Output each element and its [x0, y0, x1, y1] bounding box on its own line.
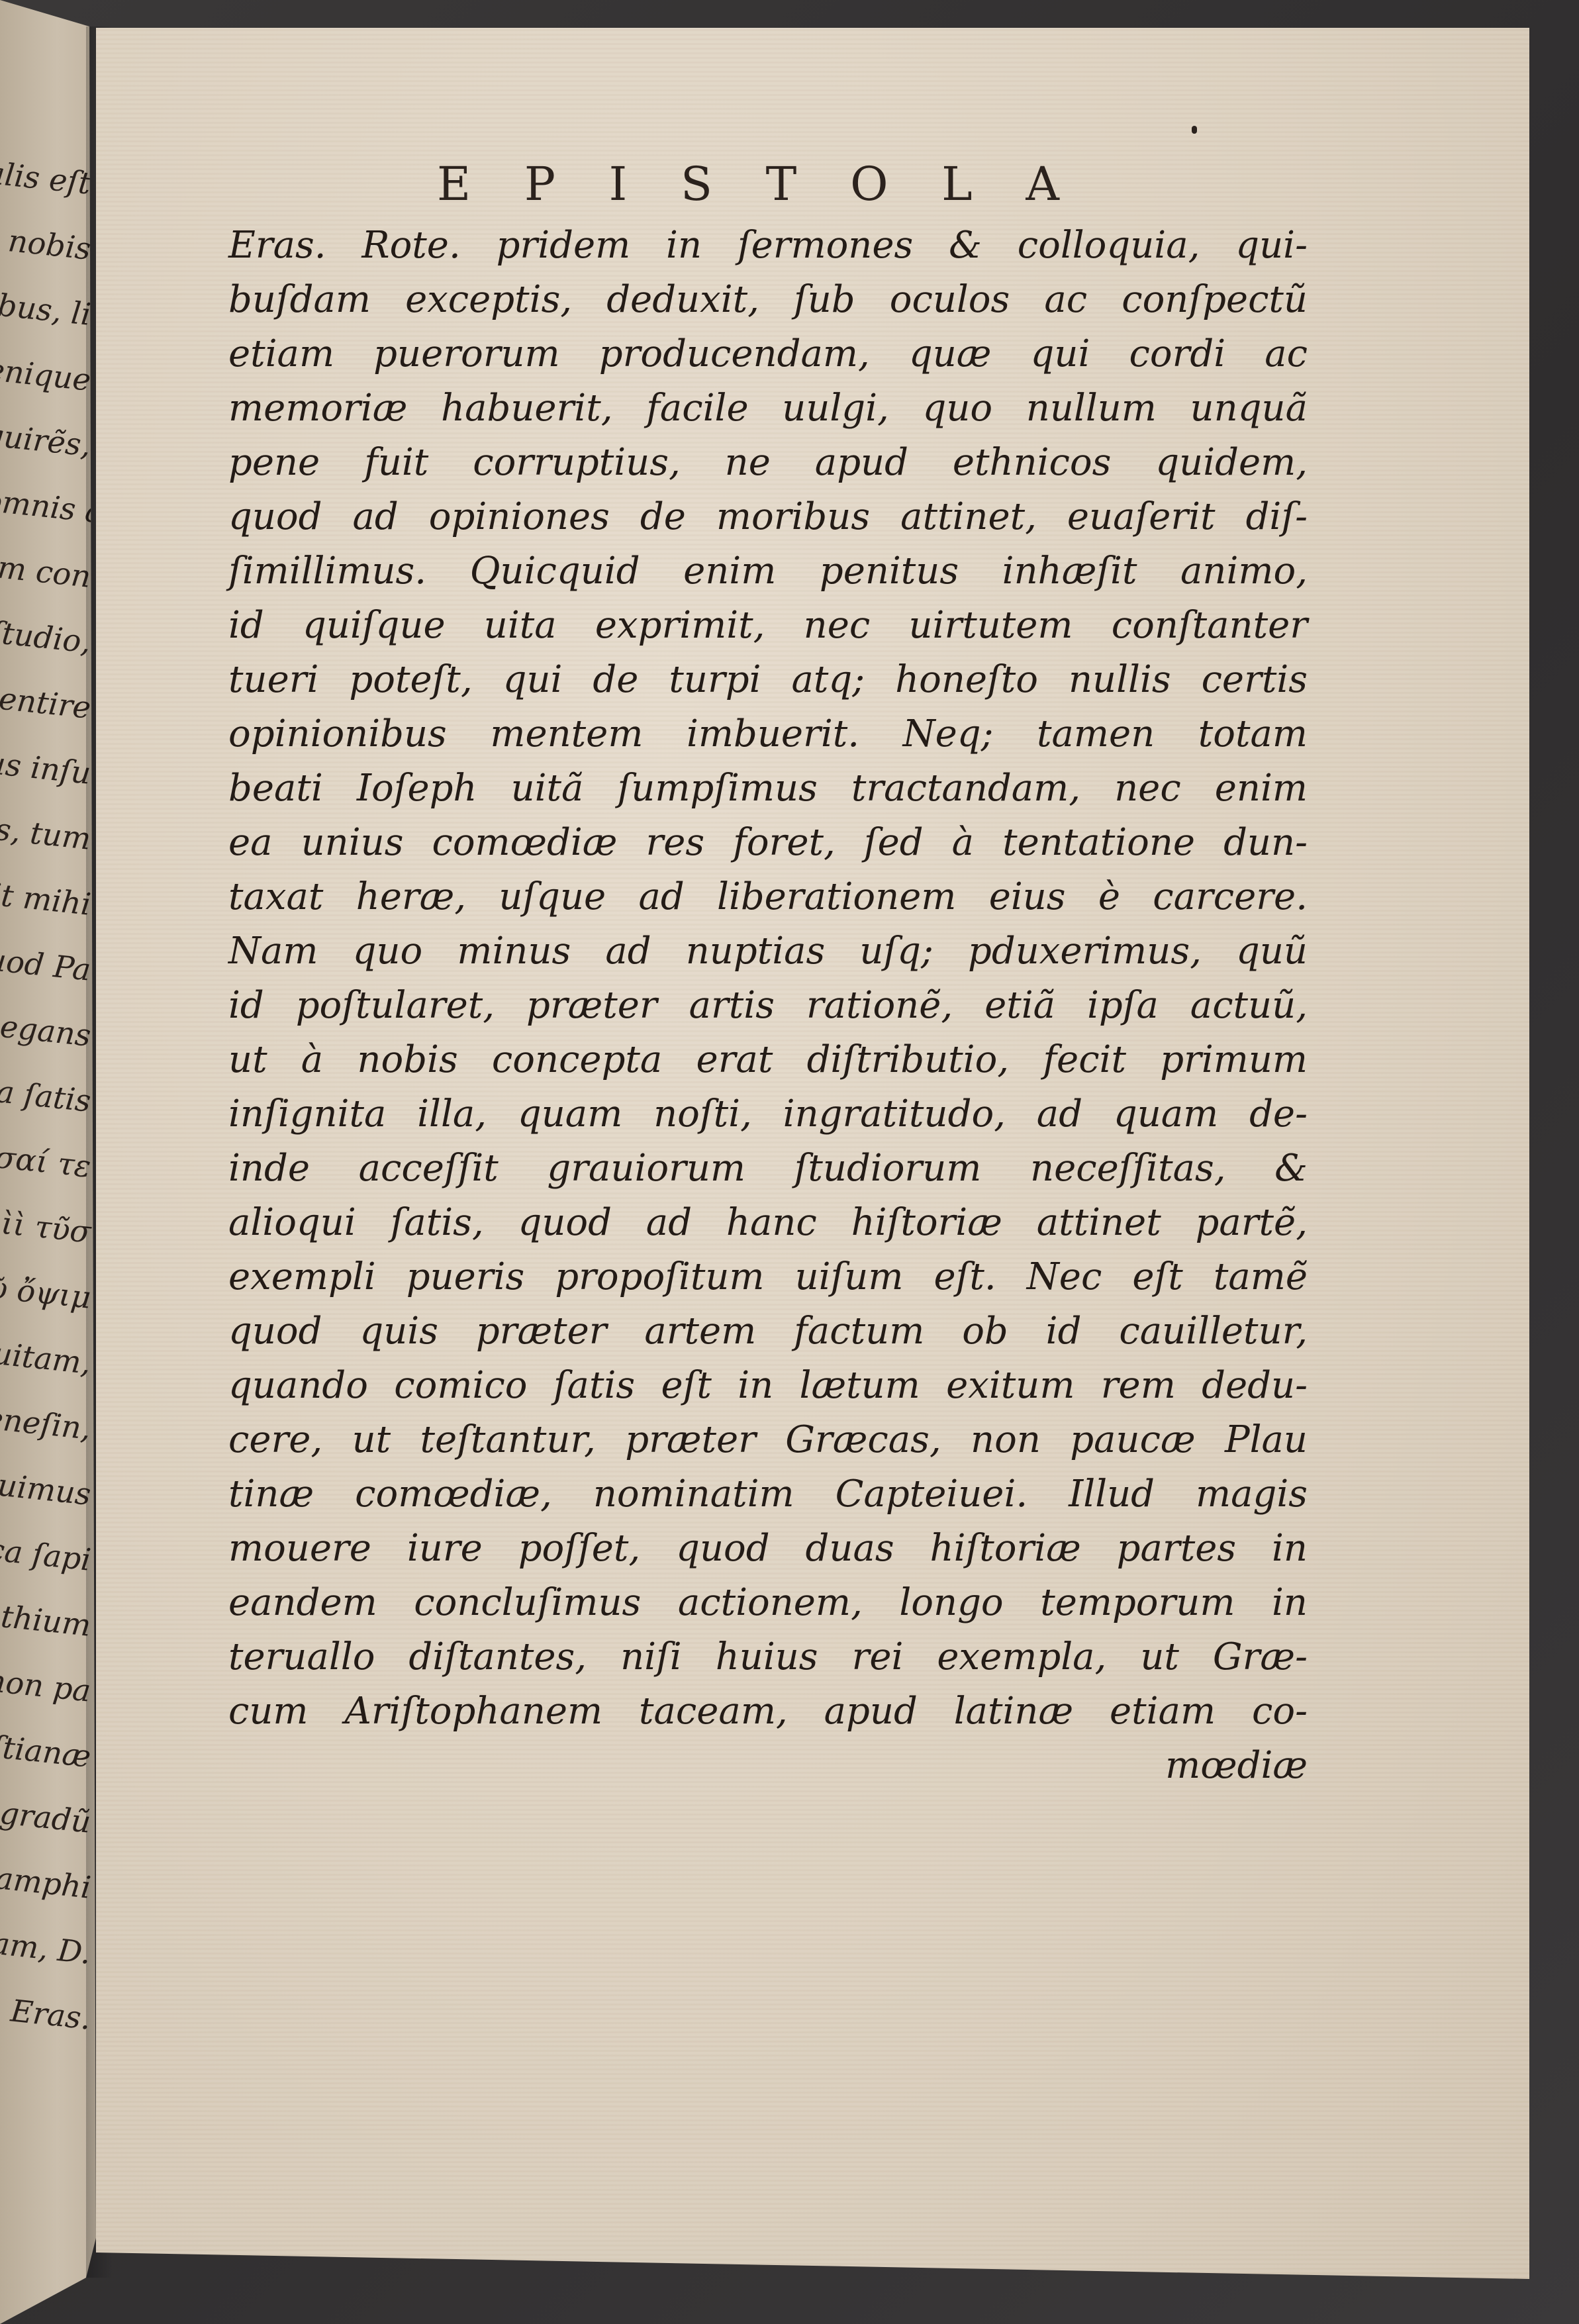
left-page-fragment: ynthium: [0, 1592, 93, 1643]
left-page-fragment: uitam,: [0, 1330, 93, 1381]
text-line: inſignita illa, quam noſti, ingratitudo,…: [228, 1087, 1308, 1141]
text-line: beati Ioſeph uitã ſumpſimus tractandam, …: [228, 761, 1308, 816]
text-line: ea unius comœdiæ res foret, ſed à tentat…: [228, 816, 1308, 870]
left-page-fragment: quod Pa: [0, 937, 93, 988]
left-page-fragment: amphi: [0, 1855, 93, 1906]
text-line: quando comico ſatis eſt in lætum exitum …: [228, 1359, 1308, 1413]
text-line: id quiſque uita exprimit, nec uirtutem c…: [228, 599, 1308, 653]
text-line: memoriæ habuerit, facile uulgi, quo null…: [228, 381, 1308, 436]
right-page: EPISTOLA Eras. Rote. pridem in ſermones …: [96, 28, 1529, 2279]
left-page-fragment: nentire: [0, 675, 93, 726]
left-page-fragment: riſtianæ: [0, 1723, 93, 1774]
text-line: mouere iure poſſet, quod duas hiſtoriæ p…: [228, 1522, 1308, 1576]
left-page-fragment: negans: [0, 1002, 93, 1053]
left-page-fragment: us inſu: [0, 740, 93, 791]
left-page-fragment: i gradũ: [0, 1789, 93, 1840]
running-head-letter: T: [766, 157, 797, 211]
left-page-fragment: no nobis: [0, 216, 93, 267]
text-line: teruallo diſtantes, niſi huius rei exemp…: [228, 1630, 1308, 1684]
left-page-fragment: a ſatis: [0, 1068, 93, 1119]
left-page: qualis eſtno nobisibus, liDeniquecquirẽs…: [0, 0, 96, 2324]
text-line: cum Ariſtophanem taceam, apud latinæ eti…: [228, 1684, 1308, 1739]
text-line: tinæ comœdiæ, nominatim Capteiuei. Illud…: [228, 1467, 1308, 1522]
body-text: Eras. Rote. pridem in ſermones & colloqu…: [228, 218, 1308, 1793]
running-head-letter: A: [1026, 157, 1059, 211]
left-page-fragment: qualis eſt: [0, 150, 93, 201]
left-page-fragment: s non pa: [0, 1658, 93, 1709]
text-line: ſimillimus. Quicquid enim penitus inhæſi…: [228, 544, 1308, 599]
left-page-fragment: tauimus: [0, 1461, 93, 1512]
left-page-fragment: iam, D.: [0, 1920, 93, 1971]
left-page-fragment: lum con: [0, 544, 93, 595]
left-page-fragment: ca ſapi: [0, 1527, 93, 1578]
left-page-fragment: s ſtudio,: [0, 609, 93, 660]
text-line: alioqui ſatis, quod ad hanc hiſtoriæ att…: [228, 1196, 1308, 1250]
left-page-fragment: rit mihi: [0, 871, 93, 922]
text-line: etiam puerorum producendam, quæ qui cord…: [228, 327, 1308, 381]
running-head-letter: S: [681, 157, 712, 211]
text-line: ut à nobis concepta erat diſtributio, fe…: [228, 1033, 1308, 1087]
running-head-letter: L: [941, 157, 972, 211]
left-page-fragment: ὶὶ τῦσ: [0, 1199, 93, 1250]
left-page-fragment: cquirẽs,: [0, 412, 93, 463]
left-page-fragment: Eras.: [0, 1986, 93, 2037]
text-line: eandem concluſimus actionem, longo tempo…: [228, 1576, 1308, 1630]
text-line: Eras. Rote. pridem in ſermones & colloqu…: [228, 218, 1308, 273]
left-page-fragment: ῶ ὄψιμ: [0, 1265, 93, 1316]
text-line: inde acceſſit grauiorum ſtudiorum neceſſ…: [228, 1141, 1308, 1196]
ink-speck: [1192, 126, 1197, 134]
left-page-fragment: ζόσαί τε: [0, 1134, 93, 1185]
text-line: opinionibus mentem imbuerit. Neq; tamen …: [228, 707, 1308, 761]
running-head-letter: E: [437, 157, 471, 211]
text-line: buſdam exceptis, deduxit, ſub oculos ac …: [228, 273, 1308, 327]
text-line: exempli pueris propoſitum uiſum eſt. Nec…: [228, 1250, 1308, 1304]
left-page-fragment: æ omnis à: [0, 478, 93, 529]
running-head: EPISTOLA: [437, 157, 1059, 211]
text-line: quod quis præter artem factum ob id caui…: [228, 1304, 1308, 1359]
left-page-fragment: æneſin,: [0, 1396, 93, 1447]
text-line: Nam quo minus ad nuptias uſq; pduxerimus…: [228, 924, 1308, 979]
text-line: quod ad opiniones de moribus attinet, eu…: [228, 490, 1308, 544]
text-line: cere, ut teſtantur, præter Græcas, non p…: [228, 1413, 1308, 1467]
running-head-letter: I: [609, 157, 628, 211]
left-page-fragment: Denique: [0, 347, 93, 398]
running-head-letter: P: [524, 157, 555, 211]
catchword: mœdiæ: [228, 1739, 1308, 1793]
text-line: tueri poteſt, qui de turpi atq; honeſto …: [228, 653, 1308, 707]
left-page-fragment: ibus, li: [0, 281, 93, 332]
text-line: pene fuit corruptius, ne apud ethnicos q…: [228, 436, 1308, 490]
running-head-letter: O: [850, 157, 888, 211]
text-line: taxat heræ, uſque ad liberationem eius è…: [228, 870, 1308, 924]
text-line: id poſtularet, præter artis rationẽ, eti…: [228, 979, 1308, 1033]
left-page-fragment: ijs, tum: [0, 806, 93, 857]
